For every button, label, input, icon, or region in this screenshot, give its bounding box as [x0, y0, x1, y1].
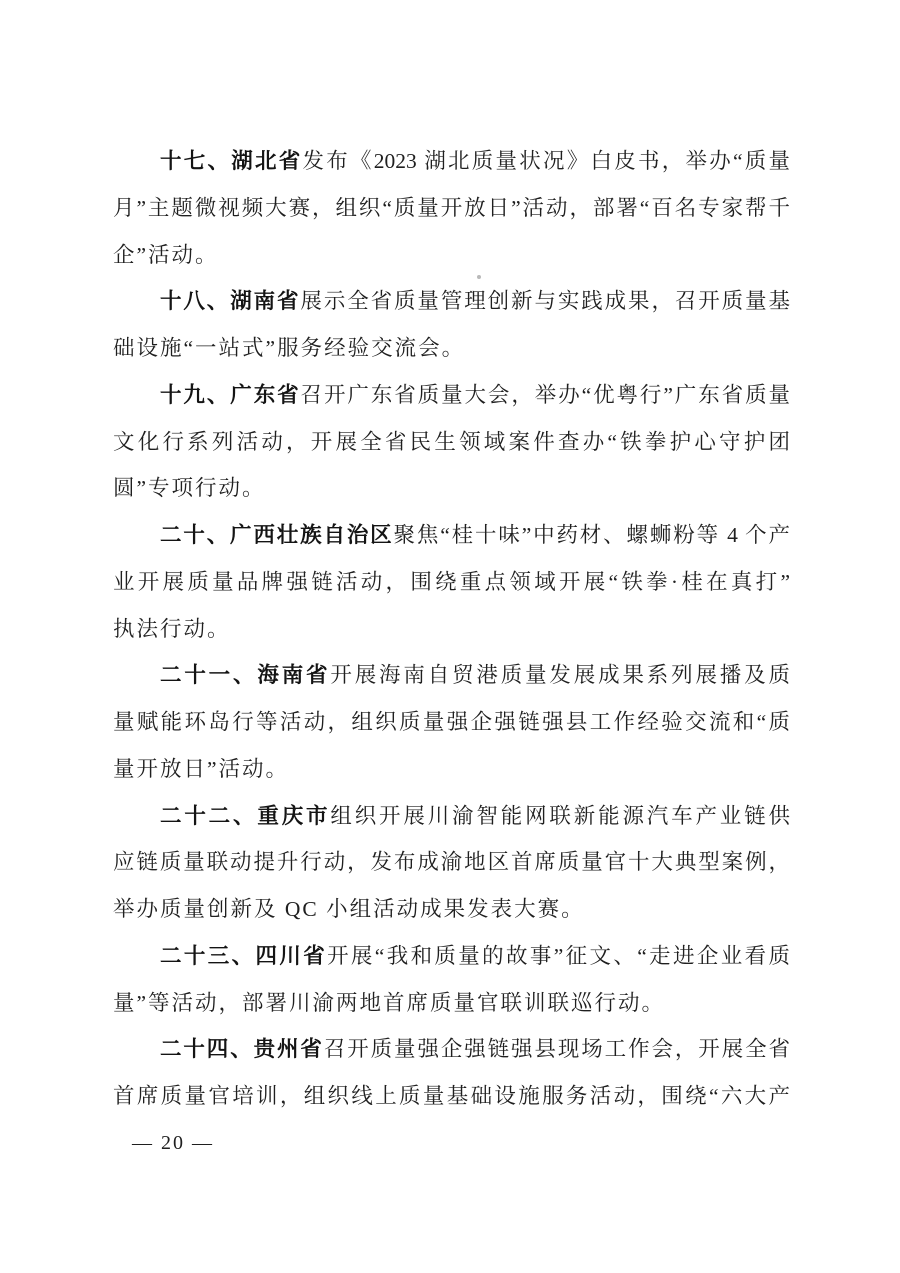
para-21-lead: 二十一、海南省 [160, 663, 330, 687]
para-19-line-1: 十九、广东省召开广东省质量大会，举办“优粤行”广东省质量 [113, 372, 790, 419]
text-block: 十七、湖北省发布《2023 湖北质量状况》白皮书，举办“质量 月”主题微视频大赛… [113, 138, 790, 1120]
para-22-line-1: 二十二、重庆市组织开展川渝智能网联新能源汽车产业链供 [113, 793, 790, 840]
para-20-line-3: 执法行动。 [113, 606, 790, 653]
para-21-line-2: 量赋能环岛行等活动，组织质量强企强链强县工作经验交流和“质 [113, 699, 790, 746]
para-20-line-1: 二十、广西壮族自治区聚焦“桂十味”中药材、螺蛳粉等 4 个产 [113, 512, 790, 559]
document-page: 十七、湖北省发布《2023 湖北质量状况》白皮书，举办“质量 月”主题微视频大赛… [0, 0, 900, 1273]
para-22-line-2: 应链质量联动提升行动，发布成渝地区首席质量官十大典型案例， [113, 839, 790, 886]
para-24-line-1: 二十四、贵州省召开质量强企强链强县现场工作会，开展全省 [113, 1026, 790, 1073]
para-20-lead: 二十、广西壮族自治区 [160, 523, 394, 547]
para-17-lead: 十七、湖北省 [160, 149, 302, 173]
para-17-line-3: 企”活动。 [113, 232, 790, 279]
para-21-line-3: 量开放日”活动。 [113, 746, 790, 793]
page-number: — 20 — [132, 1130, 214, 1156]
para-24-line-2: 首席质量官培训，组织线上质量基础设施服务活动，围绕“六大产 [113, 1073, 790, 1120]
para-22-line-3: 举办质量创新及 QC 小组活动成果发表大赛。 [113, 886, 790, 933]
para-23-line-2: 量”等活动，部署川渝两地首席质量官联训联巡行动。 [113, 980, 790, 1027]
para-19-line-1-text: 召开广东省质量大会，举办“优粤行”广东省质量 [301, 383, 790, 407]
para-23-lead: 二十三、四川省 [160, 944, 327, 968]
para-19-line-3: 圆”专项行动。 [113, 465, 790, 512]
para-18-line-1-text: 展示全省质量管理创新与实践成果，召开质量基 [300, 289, 790, 313]
para-23-line-1-text: 开展“我和质量的故事”征文、“走进企业看质 [327, 944, 790, 968]
para-20-line-1-text: 聚焦“桂十味”中药材、螺蛳粉等 4 个产 [394, 523, 790, 547]
para-17-line-1: 十七、湖北省发布《2023 湖北质量状况》白皮书，举办“质量 [113, 138, 790, 185]
para-19-lead: 十九、广东省 [160, 383, 301, 407]
para-17-line-2: 月”主题微视频大赛，组织“质量开放日”活动，部署“百名专家帮千 [113, 185, 790, 232]
para-23-line-1: 二十三、四川省开展“我和质量的故事”征文、“走进企业看质 [113, 933, 790, 980]
para-22-lead: 二十二、重庆市 [160, 804, 330, 828]
para-17-line-1-text: 发布《2023 湖北质量状况》白皮书，举办“质量 [302, 149, 790, 173]
para-21-line-1-text: 开展海南自贸港质量发展成果系列展播及质 [330, 663, 790, 687]
para-24-line-1-text: 召开质量强企强链强县现场工作会，开展全省 [324, 1037, 790, 1061]
para-21-line-1: 二十一、海南省开展海南自贸港质量发展成果系列展播及质 [113, 652, 790, 699]
para-19-line-2: 文化行系列活动，开展全省民生领域案件查办“铁拳护心守护团 [113, 419, 790, 466]
para-18-line-1: 十八、湖南省展示全省质量管理创新与实践成果，召开质量基 [113, 278, 790, 325]
para-20-line-2: 业开展质量品牌强链活动，围绕重点领域开展“铁拳·桂在真打” [113, 559, 790, 606]
para-18-lead: 十八、湖南省 [160, 289, 300, 313]
para-22-line-1-text: 组织开展川渝智能网联新能源汽车产业链供 [330, 804, 790, 828]
para-24-lead: 二十四、贵州省 [160, 1037, 324, 1061]
para-18-line-2: 础设施“一站式”服务经验交流会。 [113, 325, 790, 372]
